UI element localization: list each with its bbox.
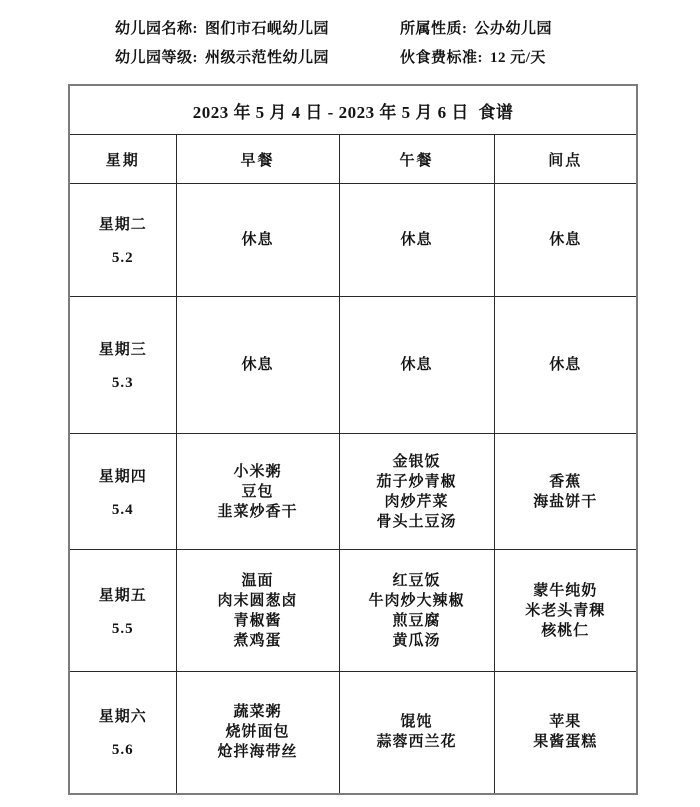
breakfast-cell: 休息 <box>176 297 339 434</box>
menu-item: 肉炒芹菜 <box>384 492 448 512</box>
ownership-type-label: 所属性质: <box>400 21 468 37</box>
table-header-row: 星期 早餐 午餐 间点 <box>69 135 637 184</box>
ownership-type: 所属性质:公办幼儿园 <box>400 17 552 38</box>
lunch-cell: 红豆饭牛肉炒大辣椒煎豆腐黄瓜汤 <box>339 550 494 672</box>
snack-cell: 苹果果酱蛋糕 <box>494 672 637 794</box>
date-label: 5.3 <box>112 375 134 392</box>
menu-item: 核桃仁 <box>541 621 589 641</box>
menu-item: 香蕉 <box>549 472 581 492</box>
menu-document: 幼儿园名称:图们市石岘幼儿园 所属性质:公办幼儿园 幼儿园等级:州级示范性幼儿园… <box>0 0 700 807</box>
column-header-weekday: 星期 <box>69 135 176 184</box>
kindergarten-grade-label: 幼儿园等级: <box>115 50 198 66</box>
menu-item: 果酱蛋糕 <box>533 732 597 752</box>
weekday-label: 星期二 <box>99 213 147 234</box>
weekly-menu-table: 2023 年 5 月 4 日 - 2023 年 5 月 6 日 食谱 星期 早餐… <box>68 84 638 795</box>
column-header-breakfast: 早餐 <box>176 135 339 184</box>
menu-item: 青椒酱 <box>233 611 281 631</box>
menu-item: 蒜蓉西兰花 <box>376 732 456 752</box>
lunch-cell: 金银饭茄子炒青椒肉炒芹菜骨头土豆汤 <box>339 434 494 550</box>
weekday-label: 星期四 <box>99 465 147 486</box>
table-title-row: 2023 年 5 月 4 日 - 2023 年 5 月 6 日 食谱 <box>69 85 637 135</box>
day-cell: 星期四 5.4 <box>69 434 176 550</box>
menu-item: 休息 <box>400 355 432 375</box>
menu-item: 休息 <box>241 230 273 250</box>
table-row-thu: 星期四 5.4 小米粥豆包韭菜炒香干 金银饭茄子炒青椒肉炒芹菜骨头土豆汤 香蕉海… <box>69 434 637 550</box>
lunch-cell: 休息 <box>339 184 494 297</box>
date-label: 5.2 <box>112 250 134 267</box>
column-header-lunch: 午餐 <box>339 135 494 184</box>
menu-item: 茄子炒青椒 <box>376 472 456 492</box>
menu-item: 肉末圆葱卤 <box>217 591 297 611</box>
kindergarten-name-label: 幼儿园名称: <box>115 21 198 37</box>
menu-item: 海盐饼干 <box>533 492 597 512</box>
table-row-tue: 星期二 5.2 休息 休息 休息 <box>69 184 637 297</box>
table-row-fri: 星期五 5.5 温面肉末圆葱卤青椒酱煮鸡蛋 红豆饭牛肉炒大辣椒煎豆腐黄瓜汤 蒙牛… <box>69 550 637 672</box>
meal-fee: 伙食费标准:12 元/天 <box>400 46 546 67</box>
menu-item: 小米粥 <box>233 462 281 482</box>
kindergarten-name-value: 图们市石岘幼儿园 <box>205 21 329 37</box>
weekday-label: 星期六 <box>99 705 147 726</box>
snack-cell: 休息 <box>494 297 637 434</box>
breakfast-cell: 温面肉末圆葱卤青椒酱煮鸡蛋 <box>176 550 339 672</box>
info-row-1: 幼儿园名称:图们市石岘幼儿园 所属性质:公办幼儿园 <box>115 13 700 42</box>
kindergarten-grade-value: 州级示范性幼儿园 <box>205 50 329 66</box>
menu-item: 骨头土豆汤 <box>376 512 456 532</box>
weekday-label: 星期五 <box>99 584 147 605</box>
menu-item: 煎豆腐 <box>392 611 440 631</box>
breakfast-cell: 蔬菜粥烧饼面包炝拌海带丝 <box>176 672 339 794</box>
menu-item: 苹果 <box>549 712 581 732</box>
menu-item: 牛肉炒大辣椒 <box>368 591 464 611</box>
menu-item: 休息 <box>549 355 581 375</box>
kindergarten-name: 幼儿园名称:图们市石岘幼儿园 <box>115 17 400 38</box>
menu-item: 金银饭 <box>392 452 440 472</box>
menu-item: 煮鸡蛋 <box>233 631 281 651</box>
day-cell: 星期三 5.3 <box>69 297 176 434</box>
breakfast-cell: 休息 <box>176 184 339 297</box>
menu-item: 馄饨 <box>400 712 432 732</box>
menu-item: 休息 <box>400 230 432 250</box>
menu-item: 米老头青稞 <box>525 601 605 621</box>
snack-cell: 香蕉海盐饼干 <box>494 434 637 550</box>
menu-item: 豆包 <box>241 482 273 502</box>
meal-fee-label: 伙食费标准: <box>400 50 483 66</box>
weekday-label: 星期三 <box>99 338 147 359</box>
day-cell: 星期二 5.2 <box>69 184 176 297</box>
date-label: 5.6 <box>112 742 134 759</box>
table-row-wed: 星期三 5.3 休息 休息 休息 <box>69 297 637 434</box>
menu-item: 休息 <box>549 230 581 250</box>
menu-item: 烧饼面包 <box>225 722 289 742</box>
lunch-cell: 休息 <box>339 297 494 434</box>
menu-item: 黄瓜汤 <box>392 631 440 651</box>
table-title: 2023 年 5 月 4 日 - 2023 年 5 月 6 日 食谱 <box>69 85 637 135</box>
menu-item: 温面 <box>241 571 273 591</box>
date-label: 5.4 <box>112 502 134 519</box>
snack-cell: 休息 <box>494 184 637 297</box>
kindergarten-info: 幼儿园名称:图们市石岘幼儿园 所属性质:公办幼儿园 幼儿园等级:州级示范性幼儿园… <box>0 0 700 71</box>
menu-item: 炝拌海带丝 <box>217 742 297 762</box>
info-row-2: 幼儿园等级:州级示范性幼儿园 伙食费标准:12 元/天 <box>115 42 700 71</box>
table-row-sat: 星期六 5.6 蔬菜粥烧饼面包炝拌海带丝 馄饨蒜蓉西兰花 苹果果酱蛋糕 <box>69 672 637 794</box>
ownership-type-value: 公办幼儿园 <box>475 21 553 37</box>
menu-item: 红豆饭 <box>392 571 440 591</box>
menu-item: 蒙牛纯奶 <box>533 581 597 601</box>
day-cell: 星期五 5.5 <box>69 550 176 672</box>
menu-item: 蔬菜粥 <box>233 702 281 722</box>
snack-cell: 蒙牛纯奶米老头青稞核桃仁 <box>494 550 637 672</box>
breakfast-cell: 小米粥豆包韭菜炒香干 <box>176 434 339 550</box>
date-label: 5.5 <box>112 621 134 638</box>
lunch-cell: 馄饨蒜蓉西兰花 <box>339 672 494 794</box>
menu-item: 韭菜炒香干 <box>217 502 297 522</box>
day-cell: 星期六 5.6 <box>69 672 176 794</box>
menu-item: 休息 <box>241 355 273 375</box>
kindergarten-grade: 幼儿园等级:州级示范性幼儿园 <box>115 46 400 67</box>
meal-fee-value: 12 元/天 <box>490 50 546 66</box>
column-header-snack: 间点 <box>494 135 637 184</box>
